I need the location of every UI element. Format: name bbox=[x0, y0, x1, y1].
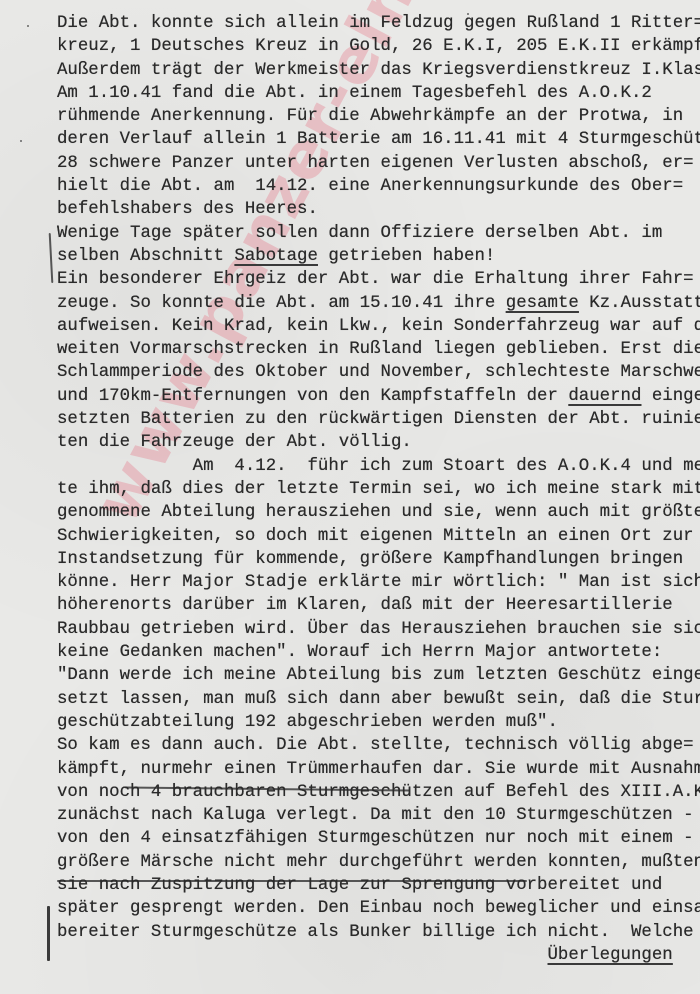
text-line: ten die Fahrzeuge der Abt. völlig. bbox=[57, 431, 700, 454]
text-line: zunächst nach Kaluga verlegt. Da mit den… bbox=[57, 804, 700, 827]
text-line: rühmende Anerkennung. Für die Abwehrkämp… bbox=[57, 105, 700, 128]
text-line: setzt lassen, man muß sich dann aber bew… bbox=[57, 688, 700, 711]
text-line: später gesprengt werden. Den Einbau noch… bbox=[57, 897, 700, 920]
text-line: bereiter Sturmgeschütze als Bunker billi… bbox=[57, 921, 700, 944]
text-line: Am 1.10.41 fand die Abt. in einem Tagesb… bbox=[57, 82, 700, 105]
text-segment: selben Abschnitt bbox=[57, 247, 234, 266]
text-segment: zeuge. So konnte die Abt. am 15.10.41 ih… bbox=[57, 294, 506, 313]
text-line: Wenige Tage später sollen dann Offiziere… bbox=[57, 222, 700, 245]
underlined-word: gesamte bbox=[506, 294, 579, 313]
text-segment: getrieben haben! bbox=[318, 247, 495, 266]
underlined-word: Überlegungen bbox=[548, 946, 673, 965]
typewritten-document-page: www.panzer-elmo.org Die Abt. konnte sich… bbox=[0, 0, 700, 994]
paper-speck bbox=[27, 25, 29, 27]
text-line: geschützabteilung 192 abgeschrieben werd… bbox=[57, 711, 700, 734]
text-line: Instandsetzung für kommende, größere Kam… bbox=[57, 548, 700, 571]
text-line: könne. Herr Major Stadje erklärte mir wö… bbox=[57, 571, 700, 594]
text-line: höherenorts darüber im Klaren, daß mit d… bbox=[57, 594, 700, 617]
text-line: aufweisen. Kein Krad, kein Lkw., kein So… bbox=[57, 315, 700, 338]
text-line: genommene Abteilung herausziehen und sie… bbox=[57, 501, 700, 524]
text-segment bbox=[57, 946, 548, 965]
text-line: sie nach Zuspitzung der Lage zur Sprengu… bbox=[57, 874, 700, 897]
text-line: Die Abt. konnte sich allein im Feldzug g… bbox=[57, 12, 700, 35]
text-line: Außerdem trägt der Werkmeister das Krieg… bbox=[57, 59, 700, 82]
margin-mark-top bbox=[49, 233, 54, 283]
document-body: Die Abt. konnte sich allein im Feldzug g… bbox=[57, 12, 700, 967]
underlined-word: Sabotage bbox=[234, 247, 318, 266]
text-segment: und 170km-Entfernungen von den Kampfstaf… bbox=[57, 387, 568, 406]
paper-speck bbox=[20, 140, 22, 142]
text-line: und 170km-Entfernungen von den Kampfstaf… bbox=[57, 385, 700, 408]
text-line: Am 4.12. führ ich zum Stoart des A.O.K.4… bbox=[57, 455, 700, 478]
margin-mark-bottom bbox=[47, 906, 50, 961]
text-line: keine Gedanken machen". Worauf ich Herrn… bbox=[57, 641, 700, 664]
text-line: hielt die Abt. am 14.12. eine Anerkennun… bbox=[57, 175, 700, 198]
text-line: von noch 4 brauchbaren Sturmgeschützen a… bbox=[57, 781, 700, 804]
text-line: zeuge. So konnte die Abt. am 15.10.41 ih… bbox=[57, 292, 700, 315]
underlined-word: dauernd bbox=[568, 387, 641, 406]
text-line: Schwierigkeiten, so doch mit eigenen Mit… bbox=[57, 525, 700, 548]
text-line: 28 schwere Panzer unter harten eigenen V… bbox=[57, 152, 700, 175]
text-segment: Kz.Ausstattung bbox=[579, 294, 700, 313]
text-line: Ein besonderer Ehrgeiz der Abt. war die … bbox=[57, 268, 700, 291]
text-line: setzten Batterien zu den rückwärtigen Di… bbox=[57, 408, 700, 431]
text-line: deren Verlauf allein 1 Batterie am 16.11… bbox=[57, 128, 700, 151]
text-line: kämpft, nurmehr einen Trümmerhaufen dar.… bbox=[57, 758, 700, 781]
text-line: te ihm, daß dies der letzte Termin sei, … bbox=[57, 478, 700, 501]
text-line: Raubbau getrieben wird. Über das Herausz… bbox=[57, 618, 700, 641]
text-line: Schlammperiode des Oktober und November,… bbox=[57, 361, 700, 384]
text-line: So kam es dann auch. Die Abt. stellte, t… bbox=[57, 734, 700, 757]
text-line: befehlshabers des Heeres. bbox=[57, 198, 700, 221]
text-line: weiten Vormarschstrecken in Rußland lieg… bbox=[57, 338, 700, 361]
text-line: "Dann werde ich meine Abteilung bis zum … bbox=[57, 664, 700, 687]
text-line: Überlegungen bbox=[57, 944, 700, 967]
text-line: größere Märsche nicht mehr durchgeführt … bbox=[57, 851, 700, 874]
text-line: selben Abschnitt Sabotage getrieben habe… bbox=[57, 245, 700, 268]
text-line: kreuz, 1 Deutsches Kreuz in Gold, 26 E.K… bbox=[57, 35, 700, 58]
text-segment: einge= bbox=[641, 387, 700, 406]
text-line: von den 4 einsatzfähigen Sturmgeschützen… bbox=[57, 827, 700, 850]
